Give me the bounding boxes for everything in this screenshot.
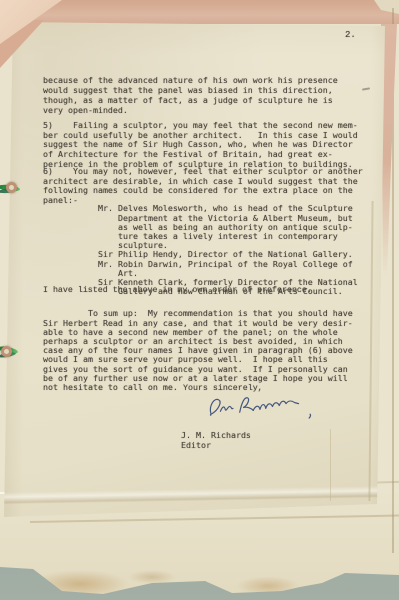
punched-hole-eyelet: [6, 182, 17, 193]
page-number: 2.: [345, 30, 356, 40]
preference-line: I have listed the above in my own order …: [43, 286, 312, 295]
handwritten-signature: [200, 393, 318, 420]
closing-salutation: Yours sincerely,: [183, 384, 263, 393]
paragraph-5: 5) Failing a sculptor, you may feel that…: [43, 121, 358, 169]
pencil-mark: [362, 87, 370, 90]
punched-hole-eyelet: [1, 346, 12, 357]
page-crease: [330, 429, 331, 501]
paragraph-6: 6) You may not, however, feel that eithe…: [43, 167, 363, 205]
page-crease: [368, 201, 373, 501]
treasury-tag-top: [0, 178, 24, 200]
typed-signoff: J. M. Richards Editor: [181, 431, 251, 450]
paragraph-opening: because of the advanced nature of his ow…: [43, 75, 338, 115]
treasury-tag-bottom: [0, 340, 22, 364]
paragraph-summary: To sum up: My recommendation is that you…: [43, 309, 353, 392]
page-crease: [4, 486, 386, 505]
archival-letter-photo: 2. because of the advanced nature of his…: [0, 0, 399, 600]
letter-page: 2. because of the advanced nature of his…: [4, 21, 386, 518]
candidate-name-list: Mr. Delves Molesworth, who is head of th…: [98, 204, 358, 296]
